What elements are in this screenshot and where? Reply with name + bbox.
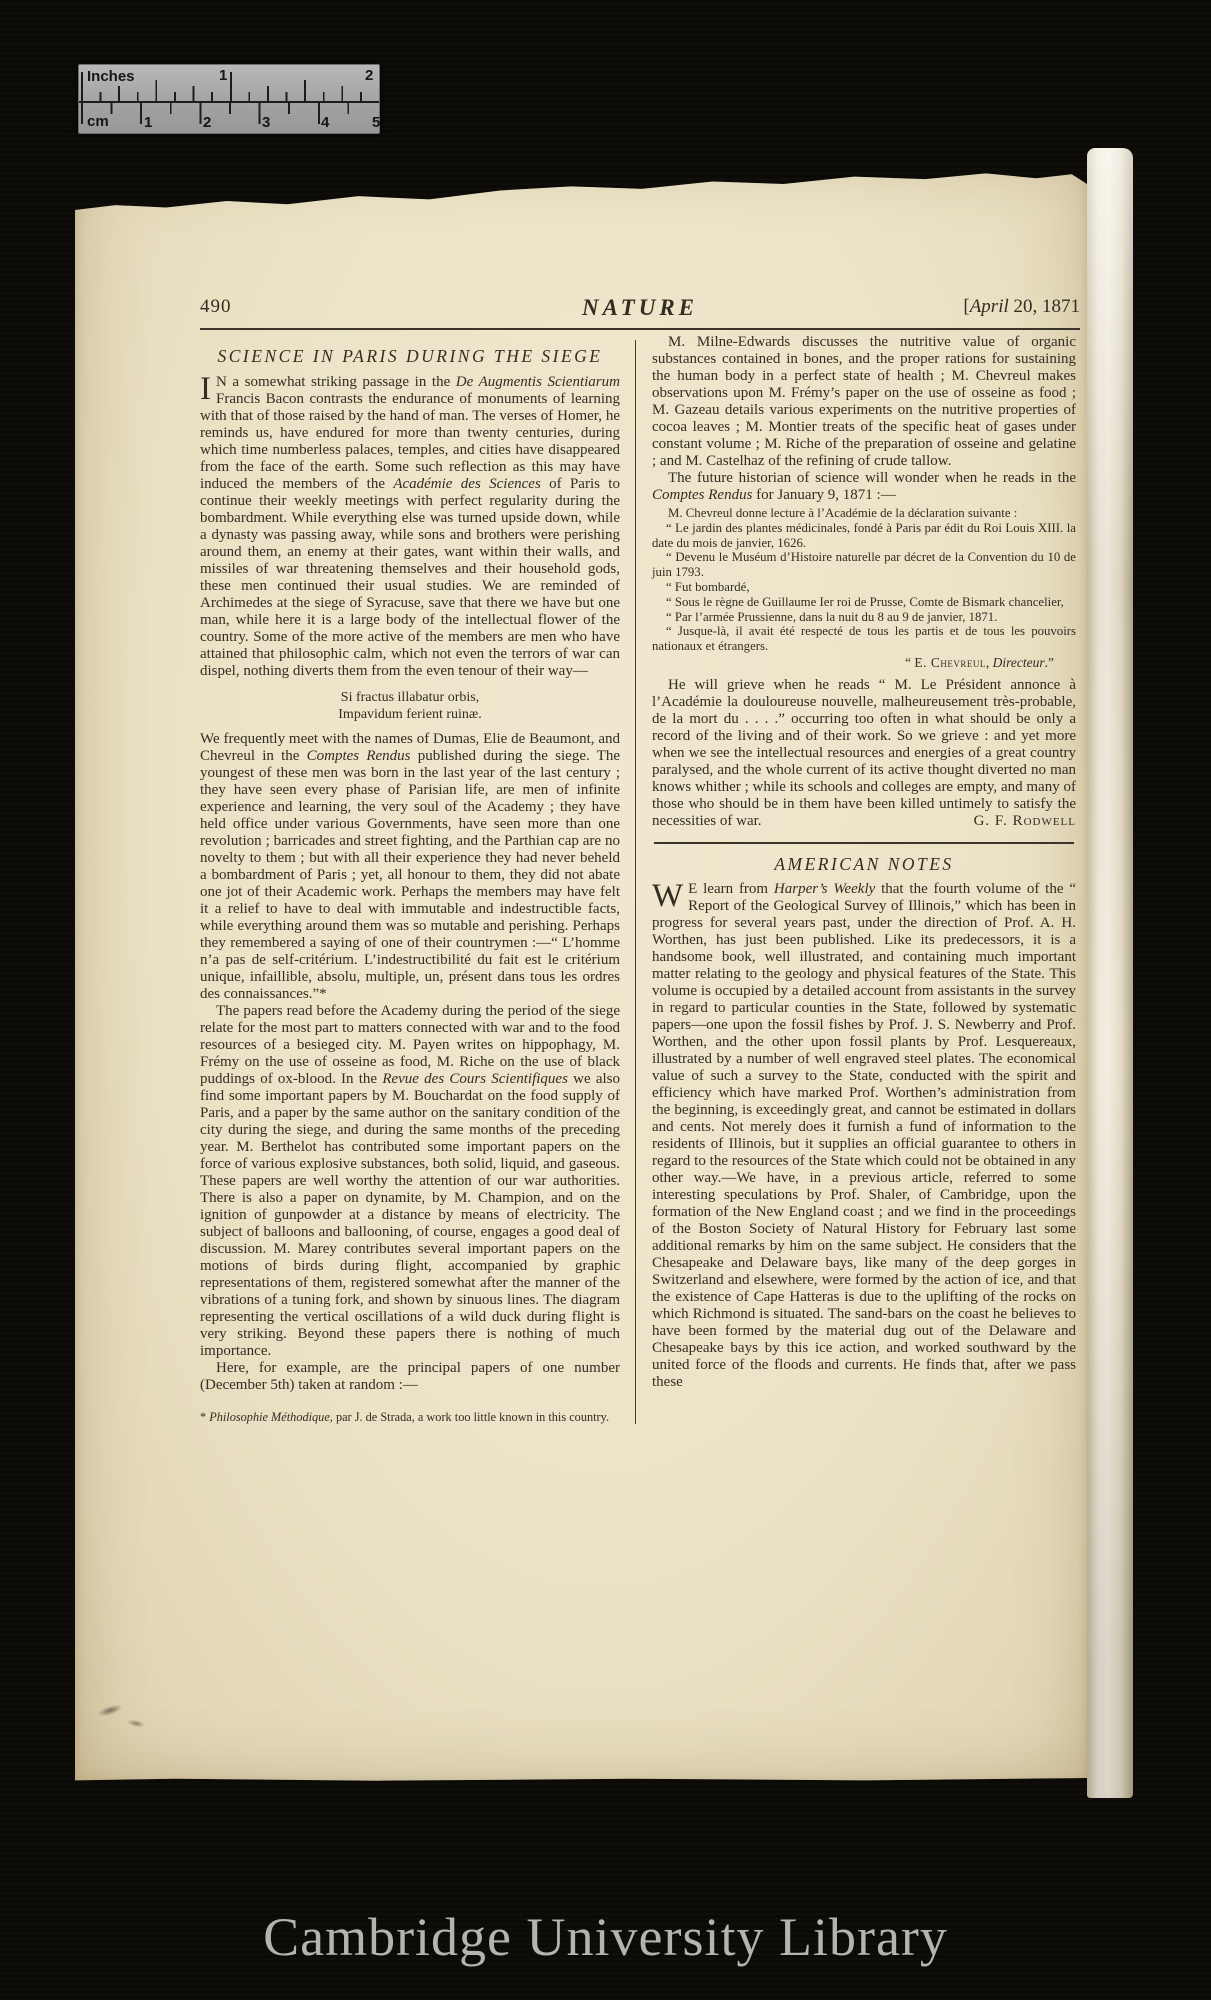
quote-line: “ Sous le règne de Guillaume Ier roi de … xyxy=(652,595,1076,610)
footnote: * Philosophie Méthodique, par J. de Stra… xyxy=(200,1410,620,1424)
page-content: 490 NATURE [April 20, 1871 SCIENCE IN PA… xyxy=(200,284,1080,1424)
right-column: M. Milne-Edwards discusses the nutritive… xyxy=(652,334,1076,1424)
page-number: 490 xyxy=(200,296,232,318)
date-month: April xyxy=(970,296,1009,317)
paragraph: The future historian of science will won… xyxy=(652,470,1076,504)
latin-verse: Si fractus illabatur orbis, Impavidum fe… xyxy=(200,689,620,723)
header-rule xyxy=(200,328,1080,330)
paragraph: Here, for example, are the principal pap… xyxy=(200,1360,620,1394)
paragraph: WE learn from Harper’s Weekly that the f… xyxy=(652,881,1076,1391)
drop-cap: I xyxy=(200,374,216,403)
paragraph-text: N a somewhat striking passage in the De … xyxy=(200,374,620,679)
paragraph-text: E learn from Harper’s Weekly that the fo… xyxy=(652,881,1076,1390)
masthead: 490 NATURE [April 20, 1871 xyxy=(200,284,1080,322)
chevreul-signature: “ E. Chevreul, Directeur.” xyxy=(652,656,1076,671)
measurement-ruler: Inches cm 1 2 1 2 3 4 5 xyxy=(78,64,380,134)
paragraph: IN a somewhat striking passage in the De… xyxy=(200,374,620,680)
section-rule xyxy=(654,842,1074,844)
verse-line: Si fractus illabatur orbis, xyxy=(200,689,620,706)
quote-line: “ Fut bombardé, xyxy=(652,580,1076,595)
article-title: SCIENCE IN PARIS DURING THE SIEGE xyxy=(200,348,620,365)
issue-date: [April 20, 1871 xyxy=(963,296,1080,318)
scan-background: Inches cm 1 2 1 2 3 4 5 490 NATURE [Apri… xyxy=(0,0,1211,2000)
declaration-block: M. Chevreul donne lecture à l’Académie d… xyxy=(652,506,1076,671)
quote-line: “ Par l’armée Prussienne, dans la nuit d… xyxy=(652,610,1076,625)
journal-title: NATURE xyxy=(582,295,698,321)
quote-line: “ Devenu le Muséum d’Histoire naturelle … xyxy=(652,550,1076,580)
paragraph: M. Milne-Edwards discusses the nutritive… xyxy=(652,334,1076,470)
quote-line: “ Jusque-là, il avait été respecté de to… xyxy=(652,624,1076,654)
column-divider xyxy=(635,340,636,1424)
drop-cap: W xyxy=(652,881,688,910)
book-fore-edge xyxy=(1087,148,1133,1798)
paragraph: The papers read before the Academy durin… xyxy=(200,1003,620,1360)
scanned-page: 490 NATURE [April 20, 1871 SCIENCE IN PA… xyxy=(75,158,1087,1782)
quote-line: “ Le jardin des plantes médicinales, fon… xyxy=(652,521,1076,551)
verse-line: Impavidum ferient ruinæ. xyxy=(200,706,620,723)
left-column: SCIENCE IN PARIS DURING THE SIEGE IN a s… xyxy=(200,334,620,1424)
two-column-layout: SCIENCE IN PARIS DURING THE SIEGE IN a s… xyxy=(200,334,1080,1424)
paragraph: We frequently meet with the names of Dum… xyxy=(200,731,620,1003)
section-title: AMERICAN NOTES xyxy=(652,856,1076,873)
date-rest: 20, 1871 xyxy=(1009,296,1080,317)
library-watermark: Cambridge University Library xyxy=(0,1906,1211,1968)
cm-ticks xyxy=(81,103,377,124)
ink-smudge xyxy=(96,1702,124,1719)
ink-smudge xyxy=(126,1718,145,1729)
paragraph: He will grieve when he reads “ M. Le Pré… xyxy=(652,677,1076,830)
inch-ticks xyxy=(81,72,377,101)
declaration-intro: M. Chevreul donne lecture à l’Académie d… xyxy=(652,506,1076,521)
